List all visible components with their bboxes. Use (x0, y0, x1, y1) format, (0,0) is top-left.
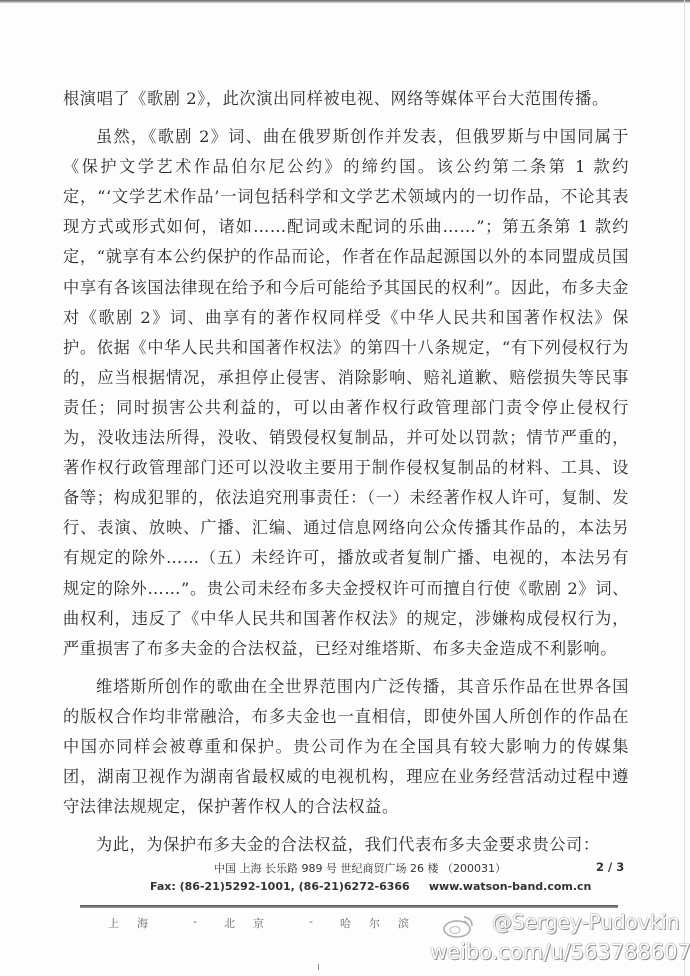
watermark-handle: @Sergey-Pudovkin (492, 910, 680, 934)
office-harbin: 哈尔滨 (340, 915, 427, 931)
footer-contact: Fax: (86-21)5292-1001, (86-21)6272-6366 … (150, 880, 591, 893)
footer-divider (80, 905, 618, 908)
office-separator: - (166, 915, 224, 931)
office-locations: 上海 - 北京 - 哈尔滨 (108, 915, 427, 931)
watermark-url: weibo.com/u/5637886073 (430, 940, 688, 964)
office-separator: - (282, 915, 340, 931)
footer-address-text: 中国 上海 长乐路 989 号 世纪商贸广场 26 楼 （200031） (184, 862, 506, 875)
footer-address: 中国 上海 长乐路 989 号 世纪商贸广场 26 楼 （200031） (0, 860, 690, 876)
paragraph-1: 根演唱了《歌剧 2》，此次演出同样被电视、网络等媒体平台大范围传播。 (63, 84, 629, 114)
scan-top-edge (0, 0, 690, 3)
page-number: 2 / 3 (596, 860, 624, 874)
paragraph-4: 为此，为保护布多夫金的合法权益，我们代表布多夫金要求贵公司： (63, 830, 629, 860)
paragraph-2: 虽然，《歌剧 2》词、曲在俄罗斯创作并发表，但俄罗斯与中国同属于《保护文学艺术作… (63, 122, 629, 664)
letter-body: 根演唱了《歌剧 2》，此次演出同样被电视、网络等媒体平台大范围传播。 虽然，《歌… (63, 84, 629, 860)
scan-mark (318, 964, 319, 970)
paragraph-3: 维塔斯所创作的歌曲在全世界范围内广泛传播，其音乐作品在世界各国的版权合作均非常融… (63, 672, 629, 822)
office-shanghai: 上海 (108, 915, 166, 931)
scan-right-edge (684, 0, 685, 976)
weibo-logo-icon (442, 914, 476, 938)
office-beijing: 北京 (224, 915, 282, 931)
